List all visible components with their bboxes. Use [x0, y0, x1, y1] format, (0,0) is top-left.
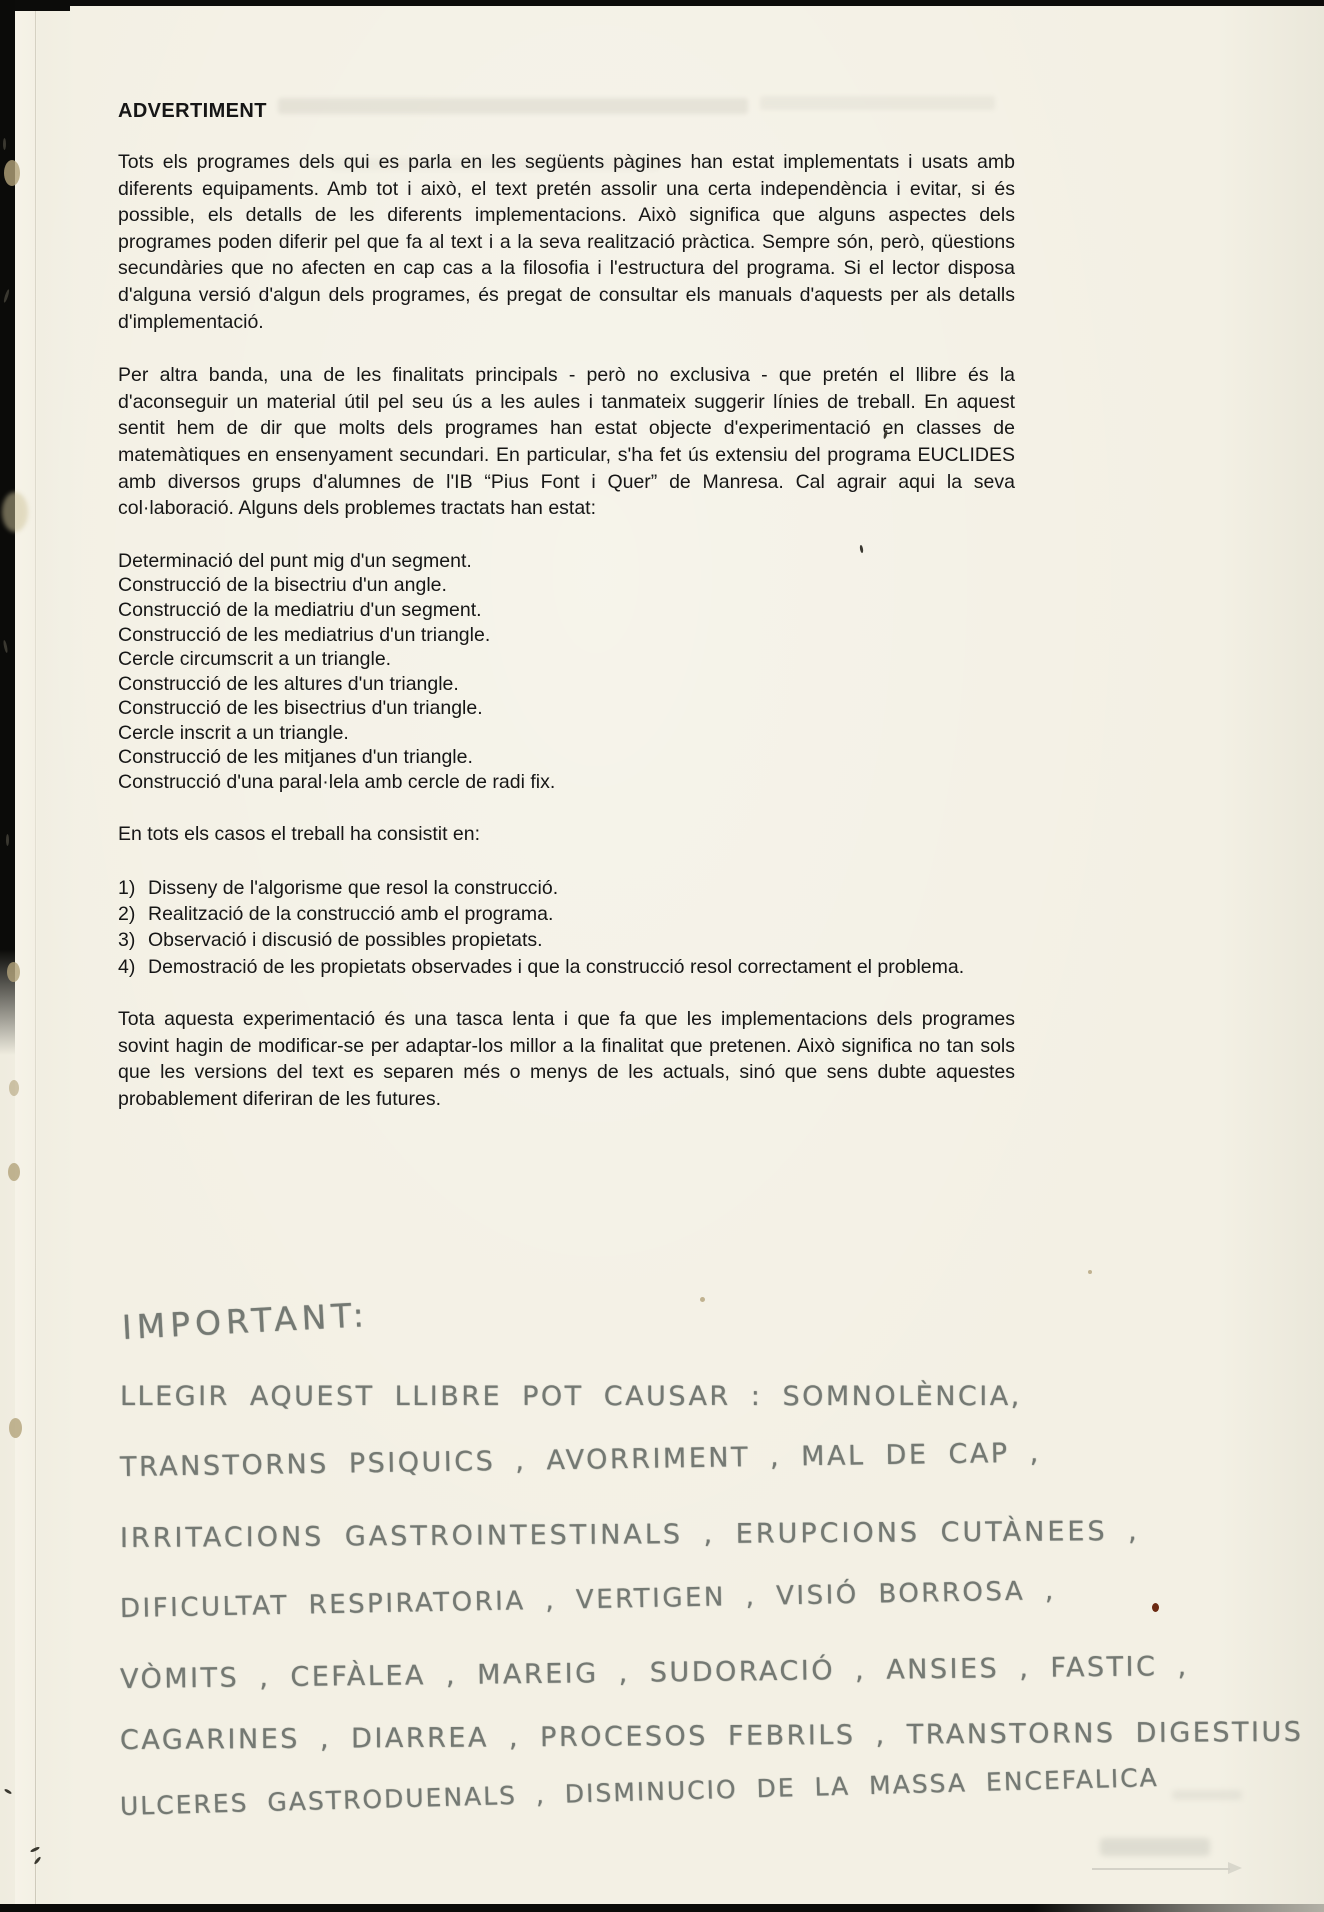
construction-list-item: Construcció de la mediatriu d'un segment…	[118, 598, 1015, 623]
step-number: 3)	[118, 927, 148, 953]
numbered-step: 3) Observació i discusió de possibles pr…	[118, 927, 1015, 953]
construction-list-item: Construcció de les altures d'un triangle…	[118, 672, 1015, 697]
paper-stain	[2, 492, 28, 532]
binding-blob	[9, 1418, 22, 1438]
numbered-steps: 1) Disseny de l'algorisme que resol la c…	[118, 875, 1015, 981]
step-text: Demostració de les propietats observades…	[148, 954, 1015, 980]
handwritten-line: TRANSTORNS PSIQUICS , AVORRIMENT , MAL D…	[120, 1434, 1240, 1483]
handwritten-title: IMPORTANT:	[121, 1250, 1240, 1347]
numbered-step: 4) Demostració de les propietats observa…	[118, 954, 1015, 980]
construction-list-item: Cercle inscrit a un triangle.	[118, 721, 1015, 746]
binding-blob	[4, 160, 20, 186]
ink-speck	[6, 834, 9, 846]
work-intro: En tots els casos el treball ha consisti…	[118, 822, 1015, 847]
scan-edge-top	[0, 0, 1324, 6]
page-heading: ADVERTIMENT	[118, 100, 1015, 123]
step-text: Disseny de l'algorisme que resol la cons…	[148, 875, 1015, 901]
binding-blob	[9, 1080, 19, 1096]
step-number: 1)	[118, 875, 148, 901]
construction-list-item: Construcció d'una paral·lela amb cercle …	[118, 770, 1015, 795]
page-inner-margin	[15, 0, 37, 1912]
handwritten-line: IRRITACIONS GASTROINTESTINALS , ERUPCION…	[120, 1515, 1240, 1554]
handwritten-line: LLEGIR AQUEST LLIBRE POT CAUSAR : SOMNOL…	[120, 1381, 1240, 1412]
construction-list-item: Construcció de les bisectrius d'un trian…	[118, 696, 1015, 721]
paper-speck	[1088, 1270, 1092, 1274]
paragraph-experimentation: Per altra banda, una de les finalitats p…	[118, 362, 1015, 522]
step-number: 2)	[118, 901, 148, 927]
red-speck	[1152, 1603, 1159, 1612]
pencil-arrow	[1092, 1862, 1242, 1874]
scanned-book-page: ADVERTIMENT Tots els programes dels qui …	[0, 0, 1324, 1912]
construction-list: Determinació del punt mig d'un segment.C…	[118, 549, 1015, 795]
construction-list-item: Cercle circumscrit a un triangle.	[118, 647, 1015, 672]
handwritten-note: IMPORTANT: LLEGIR AQUEST LLIBRE POT CAUS…	[120, 1308, 1240, 1861]
handwritten-line: VÒMITS , CEFÀLEA , MAREIG , SUDORACIÓ , …	[120, 1650, 1240, 1695]
construction-list-item: Construcció de la bisectriu d'un angle.	[118, 573, 1015, 598]
numbered-step: 1) Disseny de l'algorisme que resol la c…	[118, 875, 1015, 901]
binding-crease	[35, 0, 36, 1912]
construction-list-item: Determinació del punt mig d'un segment.	[118, 549, 1015, 574]
handwritten-line: CAGARINES , DIARREA , PROCESOS FEBRILS ,…	[120, 1717, 1240, 1756]
pencil-smudge	[1172, 1790, 1242, 1800]
typed-content: ADVERTIMENT Tots els programes dels qui …	[118, 100, 1015, 1140]
construction-list-item: Construcció de les mediatrius d'un trian…	[118, 623, 1015, 648]
construction-list-item: Construcció de les mitjanes d'un triangl…	[118, 745, 1015, 770]
binding-blob	[8, 1163, 20, 1181]
closing-paragraph: Tota aquesta experimentació és una tasca…	[118, 1006, 1015, 1112]
ink-speck	[4, 1788, 12, 1795]
ink-speck	[3, 138, 6, 150]
scan-edge-bottom	[0, 1904, 1324, 1912]
numbered-step: 2) Realització de la construcció amb el …	[118, 901, 1015, 927]
paper-speck	[700, 1297, 705, 1302]
handwritten-line: DIFICULTAT RESPIRATORIA , VERTIGEN , VIS…	[120, 1573, 1240, 1624]
paragraph-implementations: Tots els programes dels qui es parla en …	[118, 149, 1015, 335]
handwritten-line: ULCERES GASTRODUENALS , DISMINUCIO DE LA…	[120, 1761, 1240, 1821]
step-text: Observació i discusió de possibles propi…	[148, 927, 1015, 953]
step-text: Realització de la construcció amb el pro…	[148, 901, 1015, 927]
binding-blob	[7, 962, 20, 982]
step-number: 4)	[118, 954, 148, 980]
pencil-smudge	[1100, 1838, 1210, 1856]
